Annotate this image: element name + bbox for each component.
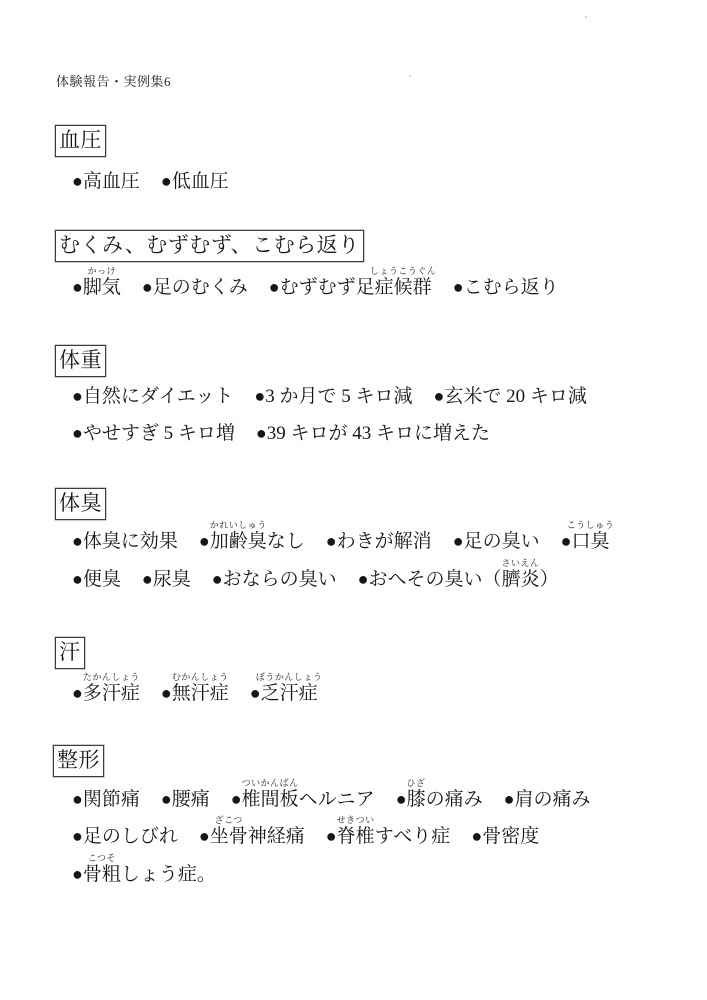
ruby-base-text: 椎間板ついかんばん: [242, 788, 299, 812]
bullet-line: ●自然にダイエット●3 か月で 5 キロ減●玄米で 20 キロ減: [72, 384, 587, 409]
furigana: たかんしょう: [83, 673, 140, 682]
bullet-line: ●高血圧●低血圧: [72, 169, 229, 194]
scan-speck: [585, 16, 587, 18]
list-item: ●関節痛: [72, 789, 140, 810]
scan-speck: [409, 75, 411, 77]
list-item: ●骨密度: [471, 826, 539, 847]
bullet-icon: ●: [72, 277, 83, 297]
bullet-line: ●骨粗こつそしょう症。: [72, 862, 216, 887]
bullet-icon: ●: [504, 789, 515, 809]
section-title-box: 整形: [53, 745, 104, 777]
ruby-base-text: 坐骨ざこつ: [210, 825, 248, 849]
item-text: おへその臭い（: [369, 569, 502, 590]
bullet-icon: ●: [72, 569, 83, 589]
section-title-box: むくみ、むずむず、こむら返り: [55, 230, 364, 262]
list-item: ●おならの臭い: [212, 569, 337, 590]
bullet-icon: ●: [161, 171, 172, 191]
list-item: ●自然にダイエット: [72, 386, 233, 407]
ruby-base-text: 骨粗こつそ: [83, 863, 121, 887]
bullet-line: ●多汗症たかんしょう●無汗症むかんしょう●乏汗症ぼうかんしょう: [72, 681, 318, 706]
list-item: ●骨粗こつそしょう症。: [72, 864, 216, 885]
bullet-icon: ●: [326, 531, 337, 551]
item-text: 高血圧: [83, 171, 140, 192]
list-item: ●坐骨ざこつ神経痛: [199, 826, 305, 847]
list-item: ●足のむくみ: [142, 277, 248, 298]
item-text: こむら返り: [464, 277, 559, 298]
bullet-icon: ●: [254, 386, 265, 406]
bullet-icon: ●: [326, 826, 337, 846]
section-title-box: 汗: [55, 637, 85, 669]
ruby-base-text: 膝ひざ: [407, 788, 426, 812]
furigana: ぼうかんしょう: [256, 673, 323, 682]
item-text: なし: [267, 531, 305, 552]
bullet-icon: ●: [250, 683, 261, 703]
item-text: 39 キロが 43 キロに増えた: [267, 423, 490, 444]
list-item: ●膝ひざの痛み: [396, 789, 483, 810]
item-text: わきが解消: [337, 531, 432, 552]
furigana: さいえん: [502, 559, 540, 568]
bullet-line: ●体臭に効果●加齢臭かれいしゅうなし●わきが解消●足の臭い●口臭こうしゅう: [72, 529, 609, 554]
list-item: ●足の臭い: [453, 531, 540, 552]
item-text: 便臭: [83, 569, 121, 590]
list-item: ●肩の痛み: [504, 789, 591, 810]
item-text: 体臭に効果: [83, 531, 178, 552]
list-item: ●無汗症むかんしょう: [161, 683, 229, 704]
bullet-icon: ●: [72, 531, 83, 551]
item-text: おならの臭い: [223, 569, 337, 590]
bullet-icon: ●: [231, 789, 242, 809]
list-item: ●3 か月で 5 キロ減: [254, 386, 412, 407]
list-item: ●尿臭: [142, 569, 191, 590]
item-text: の痛み: [426, 789, 483, 810]
item-text: 骨密度: [482, 826, 539, 847]
bullet-icon: ●: [453, 277, 464, 297]
scanned-document-page: 体験報告・実例集6 血圧●高血圧●低血圧むくみ、むずむず、こむら返り●脚気かっけ…: [0, 0, 707, 1000]
item-text: 関節痛: [83, 789, 140, 810]
list-item: ●脚気かっけ: [72, 277, 121, 298]
list-item: ●こむら返り: [453, 277, 559, 298]
bullet-line: ●関節痛●腰痛●椎間板ついかんばんヘルニア●膝ひざの痛み●肩の痛み: [72, 787, 590, 812]
list-item: ●わきが解消: [326, 531, 432, 552]
furigana: ついかんばん: [242, 779, 299, 788]
item-text: 足のしびれ: [83, 826, 178, 847]
list-item: ●高血圧: [72, 171, 140, 192]
bullet-icon: ●: [199, 531, 210, 551]
bullet-icon: ●: [72, 683, 83, 703]
item-text: 肩の痛み: [514, 789, 590, 810]
item-text: ）: [540, 569, 559, 590]
item-text: 腰痛: [172, 789, 210, 810]
ruby-base-text: 脚気かっけ: [83, 276, 121, 300]
bullet-icon: ●: [161, 683, 172, 703]
item-text: すべり症: [375, 826, 451, 847]
list-item: ●39 キロが 43 キロに増えた: [256, 423, 490, 444]
bullet-icon: ●: [142, 569, 153, 589]
furigana: むかんしょう: [172, 673, 229, 682]
list-item: ●加齢臭かれいしゅうなし: [199, 531, 305, 552]
ruby-base-text: 口臭こうしゅう: [571, 530, 609, 554]
bullet-icon: ●: [72, 423, 83, 443]
section-title-box: 血圧: [55, 125, 106, 157]
furigana: こうしゅう: [567, 521, 615, 530]
item-text: 低血圧: [172, 171, 229, 192]
furigana: かれいしゅう: [210, 521, 267, 530]
bullet-icon: ●: [199, 826, 210, 846]
bullet-icon: ●: [453, 531, 464, 551]
section-title-box: 体臭: [55, 488, 106, 520]
item-text: 自然にダイエット: [83, 386, 233, 407]
list-item: ●腰痛: [161, 789, 210, 810]
ruby-base-text: 脊椎せきつい: [337, 825, 375, 849]
list-item: ●便臭: [72, 569, 121, 590]
ruby-base-text: 乏汗症ぼうかんしょう: [261, 682, 318, 706]
bullet-icon: ●: [434, 386, 445, 406]
list-item: ●足のしびれ: [72, 826, 178, 847]
bullet-icon: ●: [161, 789, 172, 809]
item-text: 玄米で 20 キロ減: [444, 386, 587, 407]
item-text: 3 か月で 5 キロ減: [265, 386, 412, 407]
furigana: かっけ: [88, 267, 117, 276]
bullet-line: ●便臭●尿臭●おならの臭い●おへその臭い（臍炎さいえん）: [72, 567, 559, 592]
bullet-icon: ●: [142, 277, 153, 297]
ruby-base-text: 症候群しょうこうぐん: [375, 276, 432, 300]
bullet-icon: ●: [256, 423, 267, 443]
item-text: 足のむくみ: [153, 277, 248, 298]
bullet-line: ●脚気かっけ●足のむくみ●むずむず足症候群しょうこうぐん●こむら返り: [72, 275, 559, 300]
ruby-base-text: 無汗症むかんしょう: [172, 682, 229, 706]
bullet-icon: ●: [72, 171, 83, 191]
list-item: ●多汗症たかんしょう: [72, 683, 140, 704]
list-item: ●椎間板ついかんばんヘルニア: [231, 789, 375, 810]
furigana: こつそ: [88, 854, 116, 863]
furigana: しょうこうぐん: [370, 267, 437, 276]
page-header: 体験報告・実例集6: [56, 74, 171, 90]
bullet-icon: ●: [396, 789, 407, 809]
furigana: せきつい: [337, 816, 375, 825]
bullet-icon: ●: [358, 569, 369, 589]
bullet-icon: ●: [471, 826, 482, 846]
ruby-base-text: 臍炎さいえん: [502, 568, 540, 592]
list-item: ●体臭に効果: [72, 531, 178, 552]
item-text: しょう症。: [121, 864, 216, 885]
bullet-icon: ●: [212, 569, 223, 589]
list-item: ●乏汗症ぼうかんしょう: [250, 683, 318, 704]
furigana: ひざ: [407, 779, 426, 788]
item-text: ヘルニア: [299, 789, 375, 810]
list-item: ●玄米で 20 キロ減: [434, 386, 587, 407]
ruby-base-text: 加齢臭かれいしゅう: [210, 530, 267, 554]
list-item: ●脊椎せきついすべり症: [326, 826, 451, 847]
bullet-icon: ●: [269, 277, 280, 297]
bullet-icon: ●: [72, 864, 83, 884]
list-item: ●おへその臭い（臍炎さいえん）: [358, 569, 559, 590]
item-text: 神経痛: [248, 826, 305, 847]
bullet-icon: ●: [72, 826, 83, 846]
section-title-box: 体重: [55, 345, 106, 377]
bullet-icon: ●: [72, 386, 83, 406]
list-item: ●やせすぎ 5 キロ増: [72, 423, 235, 444]
bullet-line: ●やせすぎ 5 キロ増●39 キロが 43 キロに増えた: [72, 421, 490, 446]
ruby-base-text: 多汗症たかんしょう: [83, 682, 140, 706]
item-text: 足の臭い: [464, 531, 540, 552]
item-text: 尿臭: [153, 569, 191, 590]
list-item: ●口臭こうしゅう: [561, 531, 610, 552]
item-text: やせすぎ 5 キロ増: [83, 423, 235, 444]
furigana: ざこつ: [215, 816, 243, 825]
bullet-icon: ●: [561, 531, 572, 551]
list-item: ●むずむず足症候群しょうこうぐん: [269, 277, 432, 298]
bullet-line: ●足のしびれ●坐骨ざこつ神経痛●脊椎せきついすべり症●骨密度: [72, 824, 539, 849]
item-text: むずむず足: [280, 277, 375, 298]
bullet-icon: ●: [72, 789, 83, 809]
list-item: ●低血圧: [161, 171, 229, 192]
